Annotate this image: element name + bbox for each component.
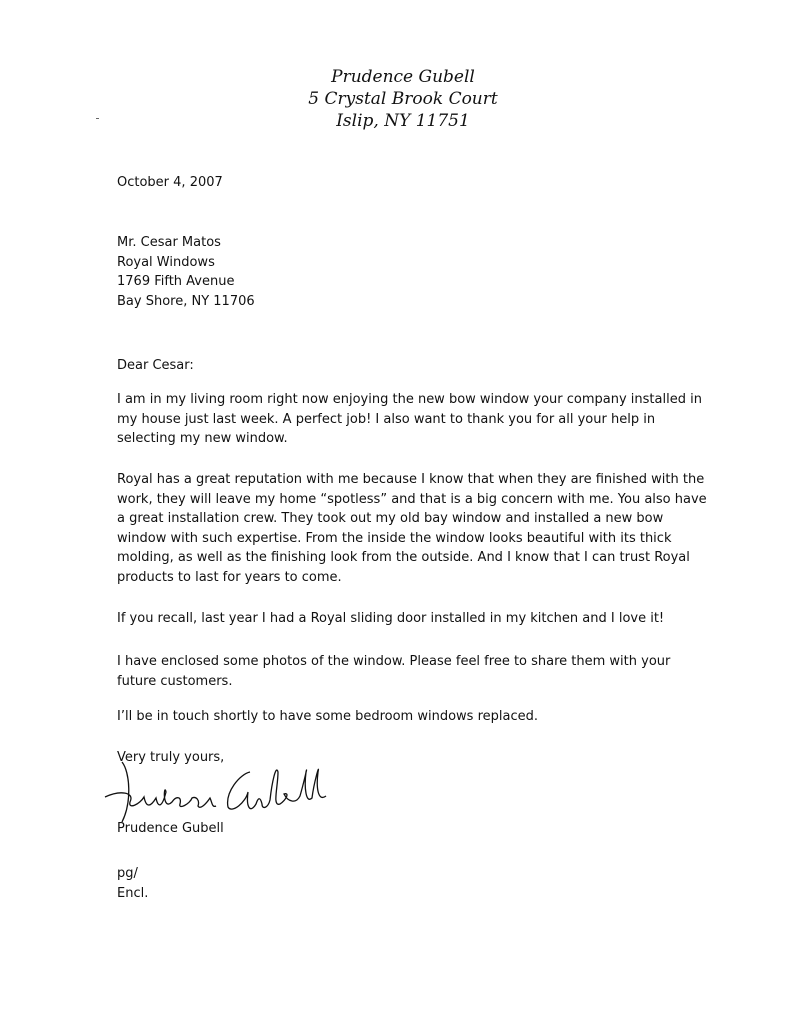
letter-date: October 4, 2007 [117,173,223,193]
signer-name: Prudence Gubell [117,819,224,839]
typist-initials: pg/ [117,864,148,884]
recipient-company: Royal Windows [117,253,255,273]
recipient-name: Mr. Cesar Matos [117,233,255,253]
paragraph: I am in my living room right now enjoyin… [117,390,707,449]
recipient-street: 1769 Fifth Avenue [117,272,255,292]
sender-city: Islip, NY 11751 [10,110,796,132]
sender-name: Prudence Gubell [10,66,796,88]
enclosure-notation: Encl. [117,884,148,904]
paragraph: Royal has a great reputation with me bec… [117,470,707,587]
paragraph: If you recall, last year I had a Royal s… [117,609,717,629]
paragraph: I’ll be in touch shortly to have some be… [117,707,707,727]
salutation: Dear Cesar: [117,356,194,376]
recipient-address: Mr. Cesar Matos Royal Windows 1769 Fifth… [117,233,255,311]
reference-block: pg/ Encl. [117,864,148,903]
paragraph: I have enclosed some photos of the windo… [117,652,707,691]
letterhead: Prudence Gubell 5 Crystal Brook Court Is… [0,66,796,132]
sender-street: 5 Crystal Brook Court [10,88,796,110]
recipient-city: Bay Shore, NY 11706 [117,292,255,312]
